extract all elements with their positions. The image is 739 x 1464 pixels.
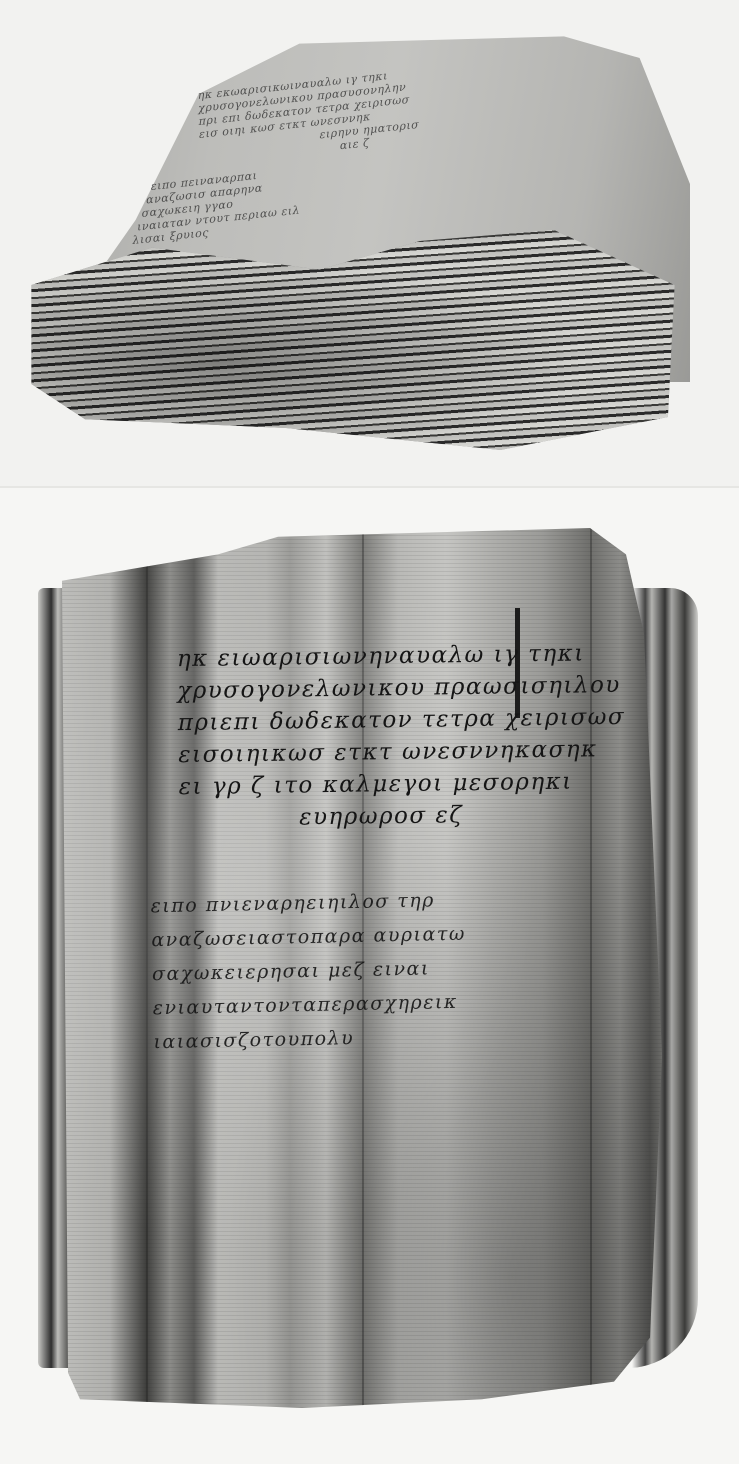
script-line: ευηρωροσ εζ — [179, 797, 627, 835]
script-line: ενιαυταντονταπερασχηρεικ — [152, 985, 467, 1026]
codex-angled-photo: ηκ εκωαρισικωιναυαλω ιγ τηκι χρυσογονελω… — [0, 0, 739, 488]
handwriting-block-2: ειπο πνιεναρηειηιλοσ τηρ αναζωσειαστοπαρ… — [150, 883, 468, 1060]
codex-page-stack — [18, 230, 688, 450]
papyrus-fiber-join — [146, 528, 148, 1408]
codex-front-photo: ηκ ειωαρισιωνηναυαλω ιγ τηκι χρυσογονελω… — [0, 488, 739, 1464]
script-line: ει γρ ζ ιτο καλμεγοι μεσορηκι — [178, 765, 626, 803]
script-line: ιαιασισζοτουπολυ — [153, 1019, 468, 1060]
handwriting-block-1: ηκ ειωαρισιωνηναυαλω ιγ τηκι χρυσογονελω… — [177, 637, 627, 835]
